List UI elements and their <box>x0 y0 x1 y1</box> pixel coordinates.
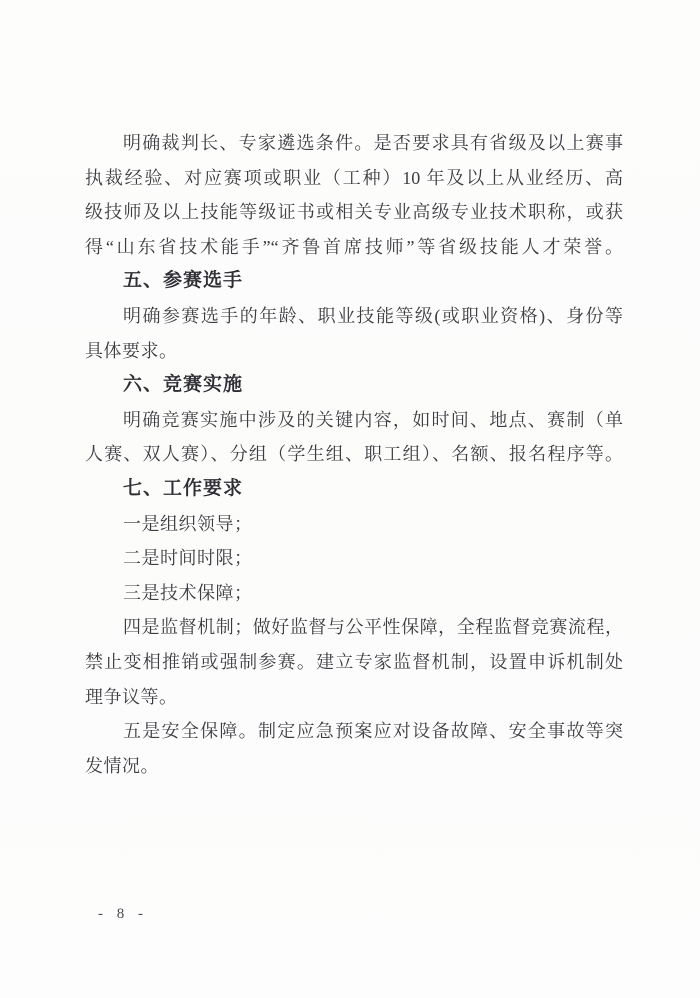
paragraph-line: 发情况。 <box>85 749 623 784</box>
paragraph-line: 禁止变相推销或强制参赛。建立专家监督机制，设置申诉机制处 <box>85 645 623 680</box>
paragraph-line: 具体要求。 <box>85 334 623 369</box>
paragraph-line: 执裁经验、对应赛项或职业（工种）10 年及以上从业经历、高 <box>85 161 623 196</box>
paragraph-line: 明确裁判长、专家遴选条件。是否要求具有省级及以上赛事 <box>85 126 623 161</box>
paragraph-line: 理争议等。 <box>85 680 623 715</box>
section-heading-5: 五、参赛选手 <box>85 264 623 299</box>
paragraph-line: 四是监督机制；做好监督与公平性保障，全程监督竞赛流程， <box>85 610 623 645</box>
paragraph-line: 明确参赛选手的年龄、职业技能等级(或职业资格)、身份等 <box>85 299 623 334</box>
paragraph-line: 人赛、双人赛）、分组（学生组、职工组）、名额、报名程序等。 <box>85 437 623 472</box>
list-item-line: 三是技术保障； <box>85 576 623 611</box>
document-page: 明确裁判长、专家遴选条件。是否要求具有省级及以上赛事 执裁经验、对应赛项或职业（… <box>0 0 700 998</box>
paragraph-line: 得“山东省技术能手”“齐鲁首席技师”等省级技能人才荣誉。 <box>85 230 623 265</box>
list-item-line: 一是组织领导； <box>85 507 623 542</box>
paragraph-line: 五是安全保障。制定应急预案应对设备故障、安全事故等突 <box>85 714 623 749</box>
section-heading-6: 六、竞赛实施 <box>85 368 623 403</box>
list-item-line: 二是时间时限； <box>85 541 623 576</box>
paragraph-line: 级技师及以上技能等级证书或相关专业高级专业技术职称，或获 <box>85 195 623 230</box>
paragraph-line: 明确竞赛实施中涉及的关键内容，如时间、地点、赛制（单 <box>85 403 623 438</box>
document-text-block: 明确裁判长、专家遴选条件。是否要求具有省级及以上赛事 执裁经验、对应赛项或职业（… <box>85 126 623 783</box>
section-heading-7: 七、工作要求 <box>85 472 623 507</box>
page-number: - 8 - <box>98 906 146 923</box>
